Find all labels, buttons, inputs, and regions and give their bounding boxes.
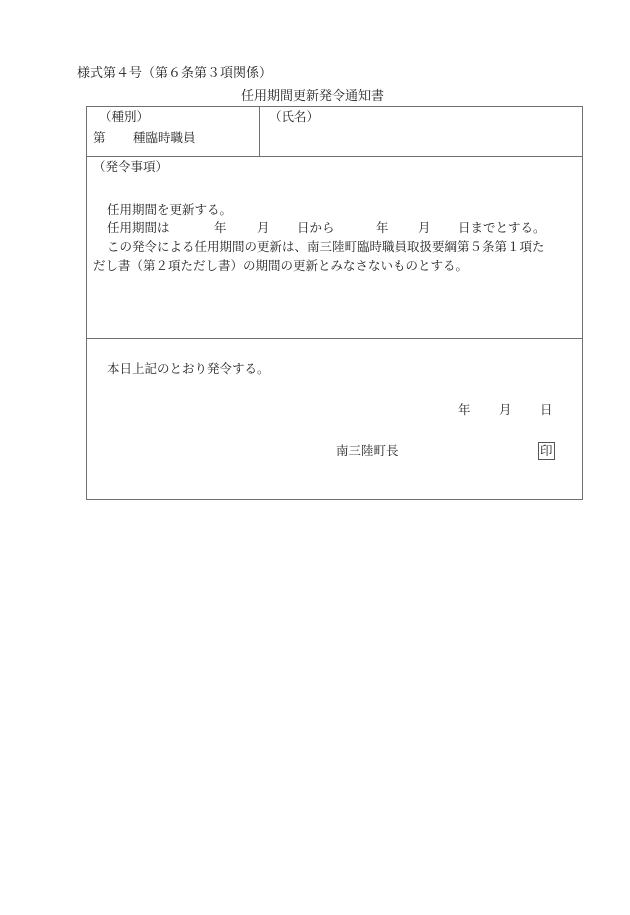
row-divider-2 bbox=[87, 338, 582, 339]
row-divider-1 bbox=[87, 156, 582, 157]
column-divider bbox=[259, 107, 260, 157]
period-day-end: 日までとする。 bbox=[458, 222, 546, 235]
category-suffix: 種臨時職員 bbox=[133, 132, 196, 145]
issuer-title: 南三陸町長 bbox=[336, 445, 399, 458]
name-label: （氏名） bbox=[269, 111, 319, 124]
issue-month: 月 bbox=[499, 404, 512, 417]
issue-year: 年 bbox=[458, 404, 471, 417]
clause-line-2: だし書（第２項ただし書）の期間の更新とみなさないものとする。 bbox=[93, 260, 468, 273]
category-prefix: 第 bbox=[93, 132, 106, 145]
renewal-line: 任用期間を更新する。 bbox=[107, 204, 232, 217]
seal-icon: 印 bbox=[538, 442, 555, 460]
period-month-end: 月 bbox=[418, 222, 431, 235]
period-year-start: 年 bbox=[214, 222, 227, 235]
period-year-end: 年 bbox=[376, 222, 389, 235]
issue-day: 日 bbox=[540, 404, 553, 417]
period-month-start: 月 bbox=[257, 222, 270, 235]
period-day-start: 日から bbox=[297, 222, 335, 235]
issue-statement: 本日上記のとおり発令する。 bbox=[107, 363, 270, 376]
seal-mark: 印 bbox=[538, 442, 555, 460]
period-prefix: 任用期間は bbox=[107, 222, 170, 235]
form-number: 様式第４号（第６条第３項関係） bbox=[77, 67, 272, 80]
category-label: （種別） bbox=[99, 111, 149, 124]
notice-table: （種別） 第 種臨時職員 （氏名） （発令事項） 任用期間を更新する。 任用期間… bbox=[86, 106, 583, 500]
clause-line-1: この発令による任用期間の更新は、南三陸町臨時職員取扱要綱第５条第１項た bbox=[107, 241, 545, 254]
section-label: （発令事項） bbox=[93, 161, 168, 174]
document-title: 任用期間更新発令通知書 bbox=[241, 90, 384, 103]
